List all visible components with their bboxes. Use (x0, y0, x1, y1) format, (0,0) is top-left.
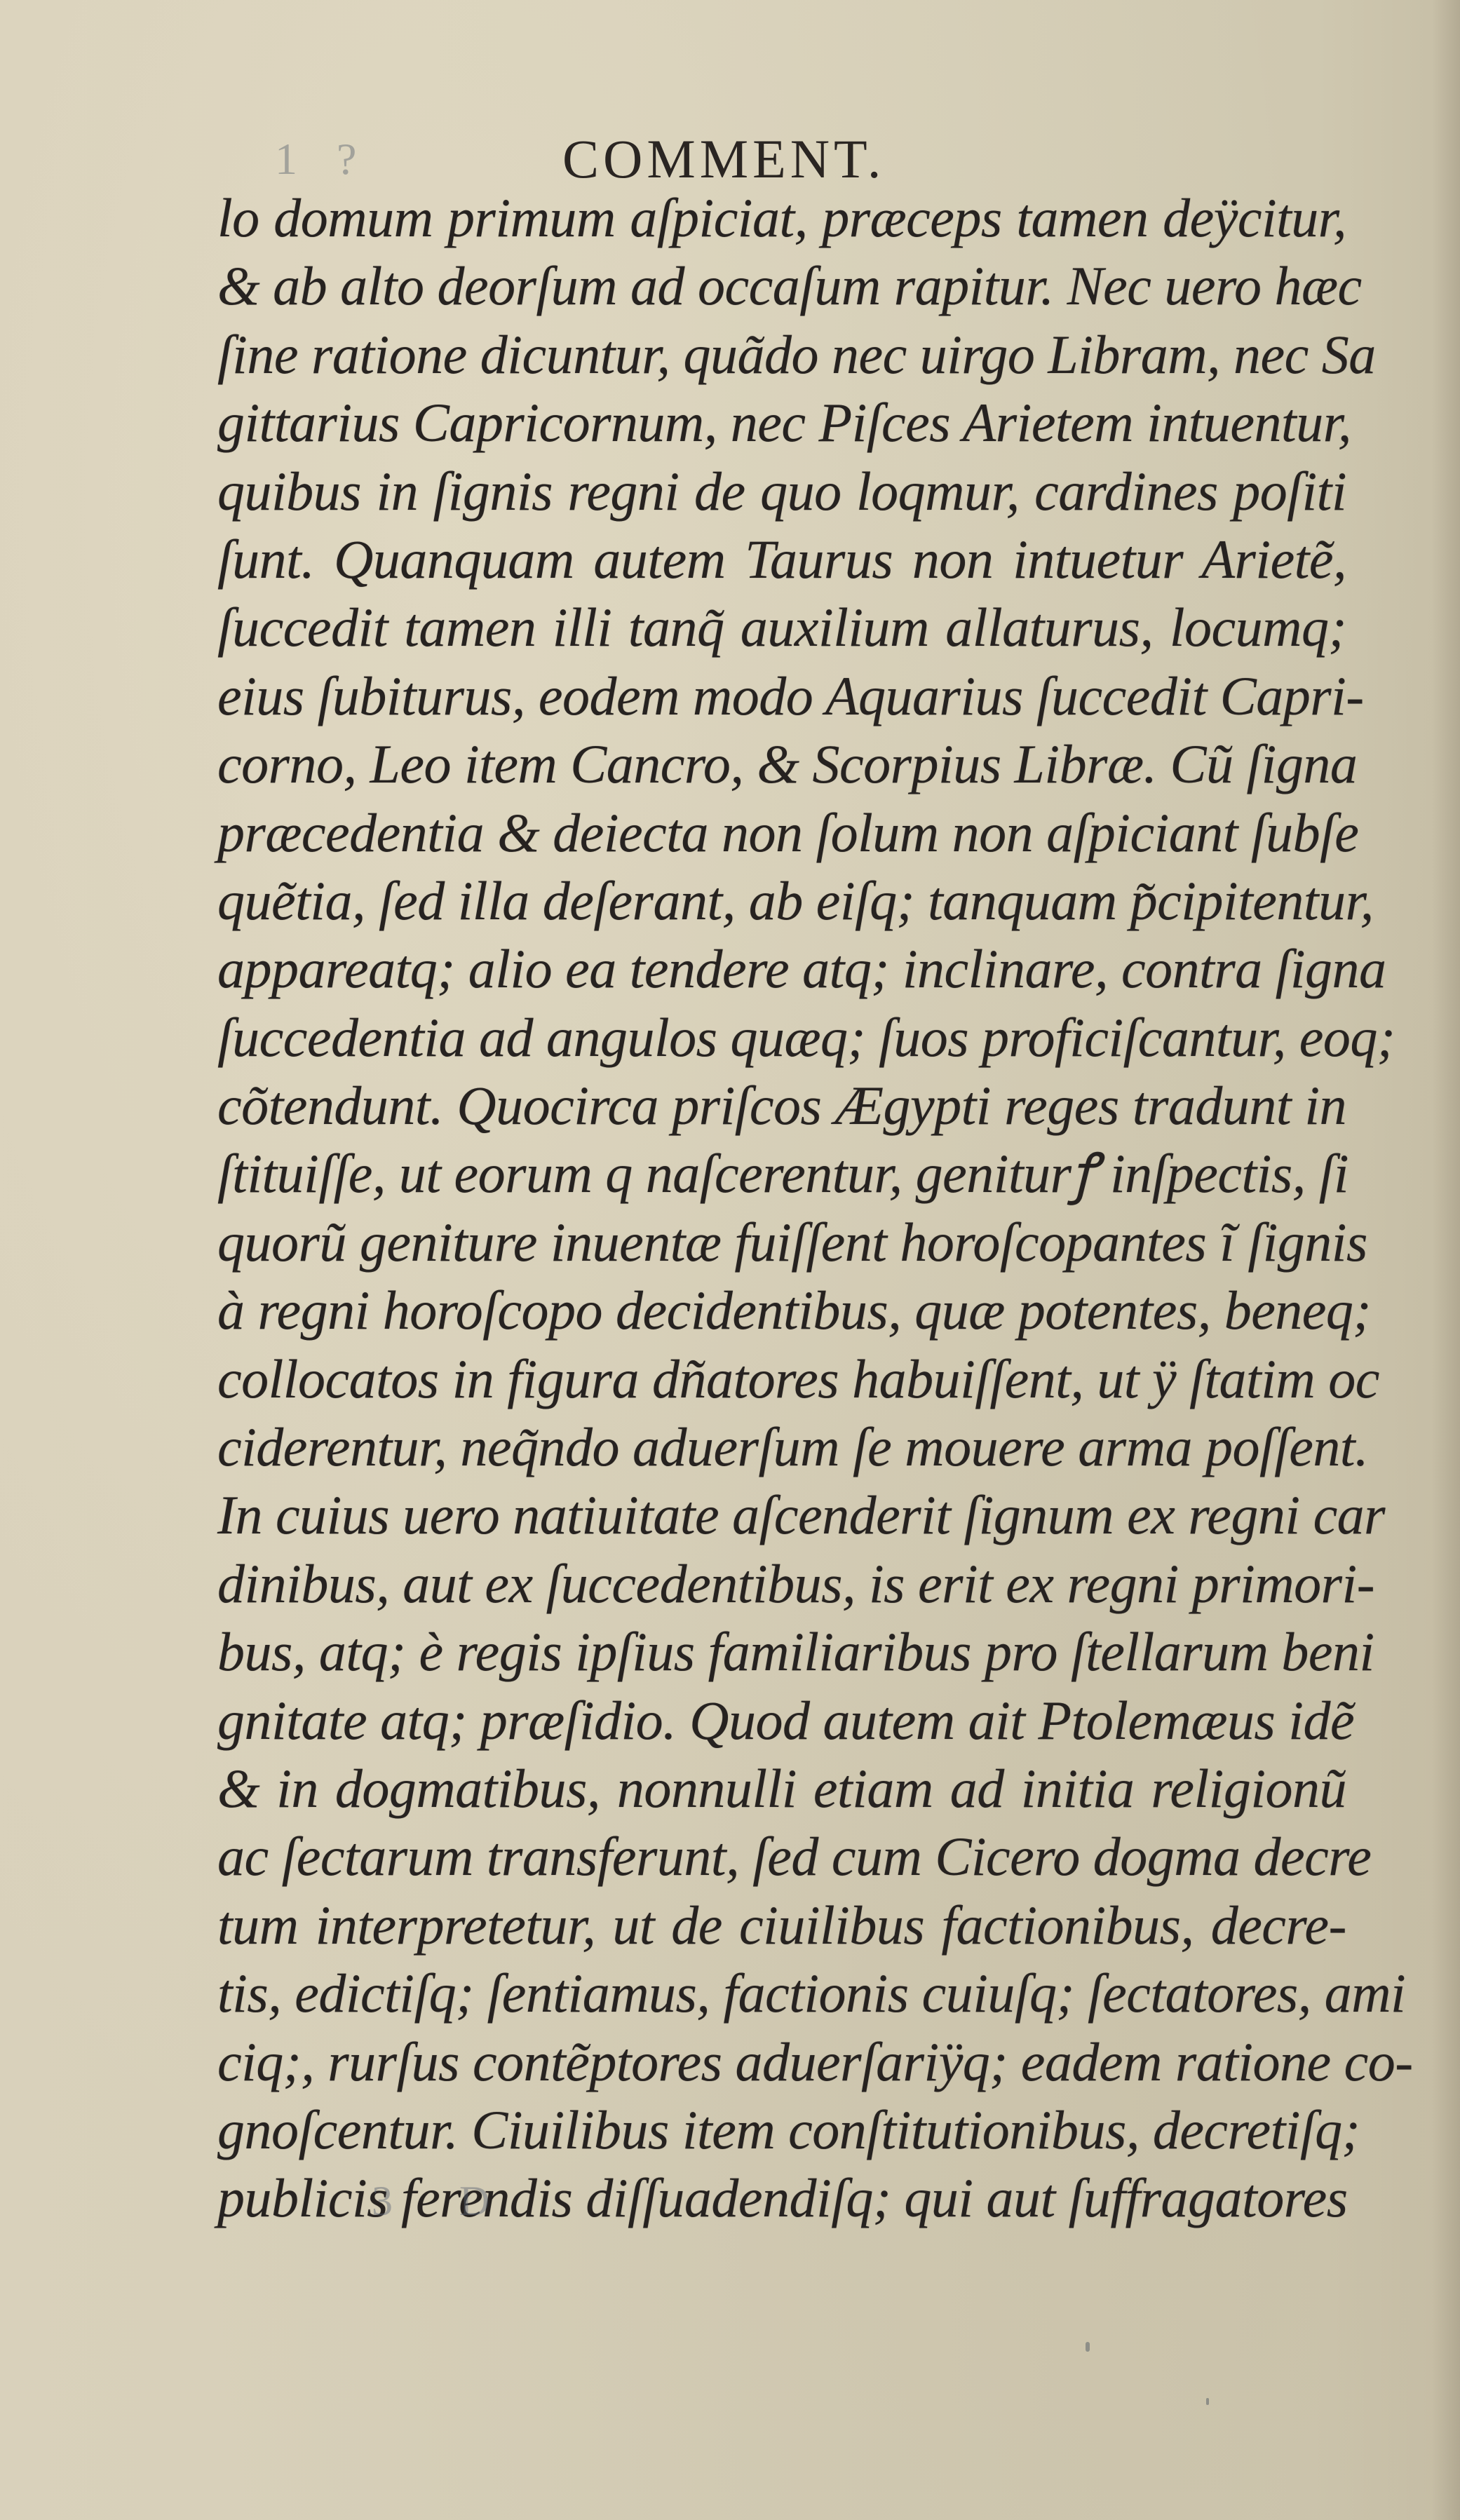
show-through-page-number: 1 ? (275, 133, 370, 185)
text-line: In cuius uero natiuitate aſcenderit ſign… (217, 1481, 1346, 1549)
page-edge-shadow (1432, 0, 1460, 2520)
text-line: quibus in ſignis regni de quo loqmur, ca… (217, 457, 1346, 525)
running-head: COMMENT. (562, 128, 927, 191)
book-page: 1 ? COMMENT. lo domum primum aſpiciat, p… (0, 0, 1460, 2520)
text-line: gnoſcentur. Ciuilibus item conſtitutioni… (217, 2096, 1346, 2164)
text-line: ſuccedit tamen illi tanq̃ auxilium allat… (217, 593, 1346, 661)
text-line: tum interpretetur, ut de ciuilibus facti… (217, 1891, 1346, 1959)
text-line: quẽtia, ſed illa deſerant, ab eiſq; tanq… (217, 867, 1346, 935)
text-line: à regni horoſcopo decidentibus, quæ pote… (217, 1276, 1346, 1344)
text-line: ſtituiſſe, ut eorum q naſcerentur, genit… (217, 1139, 1346, 1207)
text-line: dinibus, aut ex ſuccedentibus, is erit e… (217, 1550, 1346, 1618)
text-line: bus, atq; è regis ipſius familiaribus pr… (217, 1618, 1346, 1686)
text-line: ciderentur, neq̃ndo aduerſum ſe mouere a… (217, 1413, 1346, 1481)
text-line: collocatos in figura dñatores habuiſſent… (217, 1345, 1346, 1413)
text-line: ciq;, rurſus contẽptores aduerſariÿq; ea… (217, 2028, 1346, 2096)
text-line: appareatq; alio ea tendere atq; inclinar… (217, 935, 1346, 1003)
text-line: quorũ geniture inuentæ fuiſſent horoſcop… (217, 1208, 1346, 1276)
text-line: ſuccedentia ad angulos quæq; ſuos profic… (217, 1003, 1346, 1071)
text-line: gittarius Capricornum, nec Piſces Ariete… (217, 388, 1346, 456)
text-line: ſine ratione dicuntur, quãdo nec uirgo L… (217, 320, 1346, 388)
text-line: gnitate atq; præſidio. Quod autem ait Pt… (217, 1686, 1346, 1754)
paper-speck (1206, 2398, 1209, 2405)
text-line: cõtendunt. Quocirca priſcos Ægypti reges… (217, 1071, 1346, 1139)
text-line: & in dogmatibus, nonnulli etiam ad initi… (217, 1754, 1346, 1822)
text-line: tis, edictiſq; ſentiamus, factionis cuiu… (217, 1959, 1346, 2027)
text-line: ac ſectarum transferunt, ſed cum Cicero … (217, 1822, 1346, 1890)
paper-speck (1086, 2342, 1090, 2352)
body-text: lo domum primum aſpiciat, præceps tamen … (217, 184, 1346, 2233)
text-line: eius ſubiturus, eodem modo Aquarius ſucc… (217, 662, 1346, 730)
text-line: lo domum primum aſpiciat, præceps tamen … (217, 184, 1346, 252)
text-line: & ab alto deorſum ad occaſum rapitur. Ne… (217, 252, 1346, 320)
text-line: ſunt. Quanquam autem Taurus non intuetur… (217, 525, 1346, 593)
text-line: corno, Leo item Cancro, & Scorpius Libræ… (217, 730, 1346, 798)
text-line: præcedentia & deiecta non ſolum non aſpi… (217, 799, 1346, 867)
show-through-signature-mark: 3 D (372, 2177, 518, 2226)
